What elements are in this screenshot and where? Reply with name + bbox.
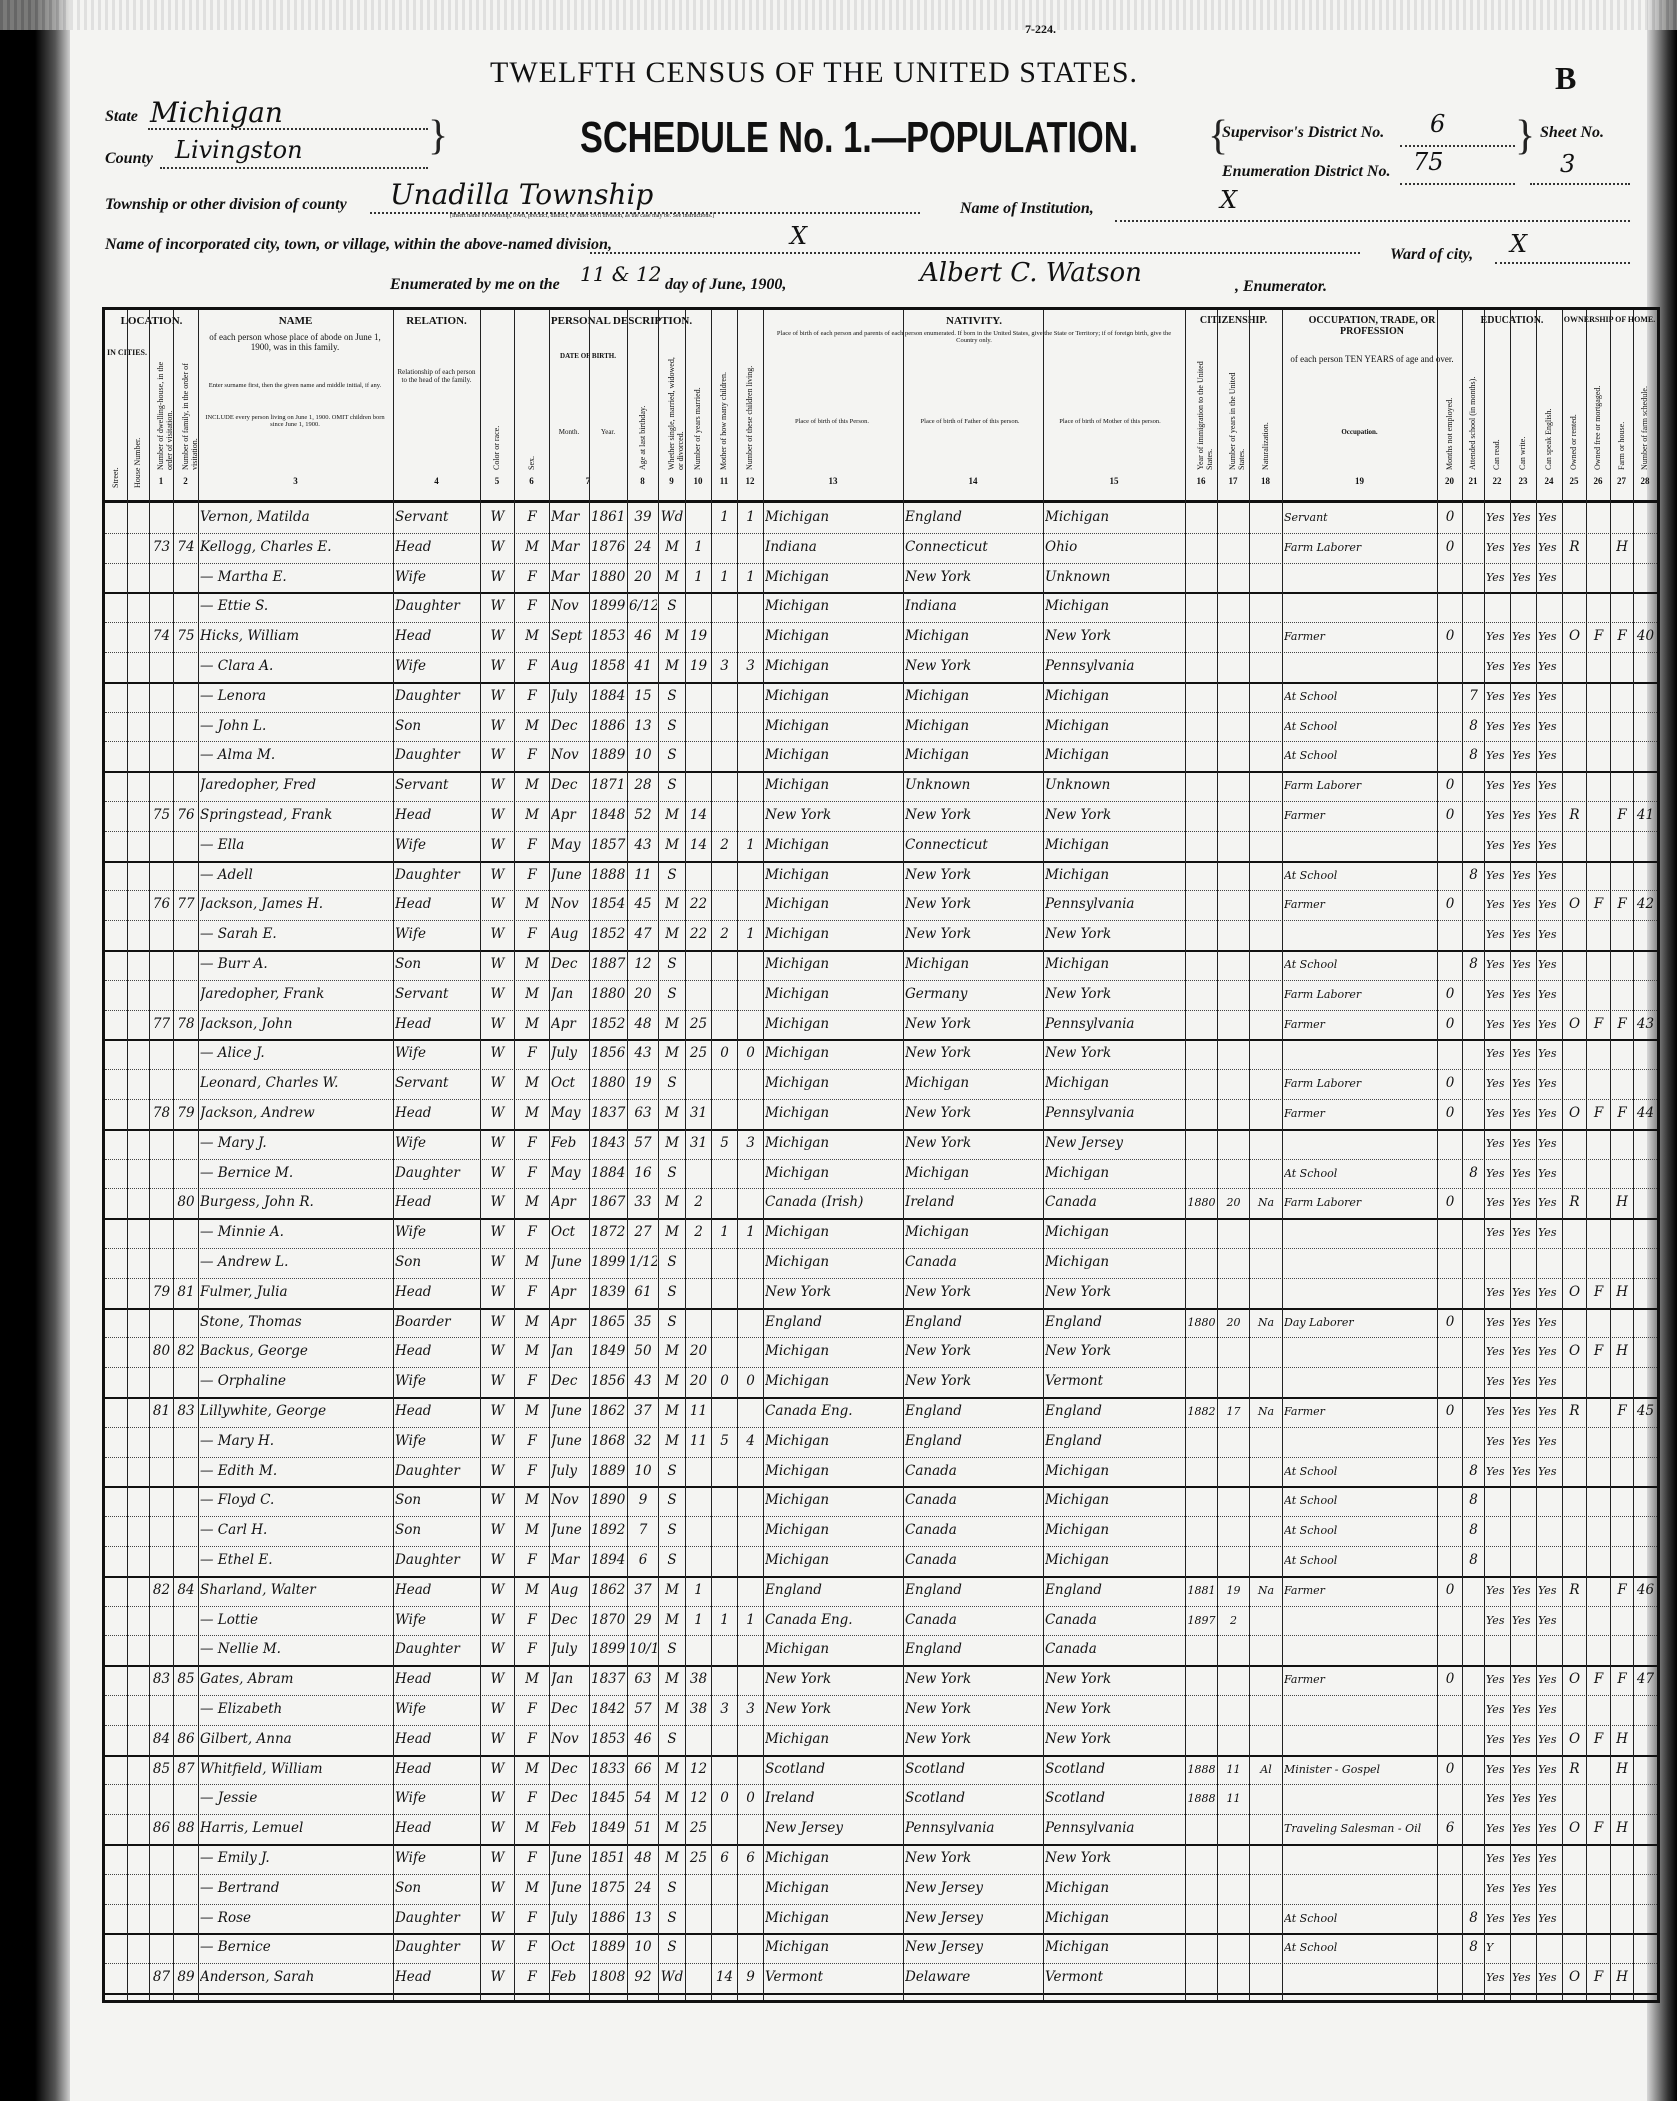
cell-ym: 1 bbox=[687, 1576, 710, 1606]
cell-free bbox=[1588, 741, 1609, 771]
cell-rel: Head bbox=[395, 1814, 479, 1844]
cell-ch: 3 bbox=[739, 1695, 762, 1725]
cell-sex: M bbox=[516, 771, 548, 801]
enumerated-days: 11 & 12 bbox=[580, 262, 661, 286]
cell-read: Yes bbox=[1486, 503, 1509, 533]
cell-mpob: Vermont bbox=[1045, 1367, 1184, 1397]
cell-farm: H bbox=[1612, 1278, 1632, 1308]
cell-month: July bbox=[551, 1039, 588, 1069]
cell-year: 1854 bbox=[591, 890, 626, 920]
cell-rel: Wife bbox=[395, 563, 479, 593]
cell-unemp bbox=[1439, 1039, 1461, 1069]
cell-fam: 83 bbox=[175, 1397, 197, 1427]
cell-imm: 1888 bbox=[1187, 1784, 1216, 1814]
cell-sex: M bbox=[516, 980, 548, 1010]
cell-write: Yes bbox=[1512, 861, 1535, 891]
column-divider bbox=[1510, 310, 1511, 2000]
cell-rel: Wife bbox=[395, 1218, 479, 1248]
cell-free bbox=[1588, 801, 1609, 831]
cell-unemp bbox=[1439, 1248, 1461, 1278]
cell-sch bbox=[1464, 801, 1483, 831]
cell-dw bbox=[151, 1784, 172, 1814]
cell-month: Jan bbox=[551, 980, 588, 1010]
cell-free bbox=[1588, 712, 1609, 742]
cell-mar: S bbox=[660, 1069, 684, 1099]
cell-name: Whitfield, William bbox=[200, 1755, 392, 1785]
cell-own: O bbox=[1564, 1337, 1585, 1367]
cell-own: O bbox=[1564, 1278, 1585, 1308]
cell-color: W bbox=[482, 1010, 513, 1040]
column-divider bbox=[1562, 310, 1563, 2000]
cell-sch bbox=[1464, 592, 1483, 622]
cell-sex: F bbox=[516, 1546, 548, 1576]
cell-ym: 22 bbox=[687, 920, 710, 950]
cell-sch bbox=[1464, 1337, 1483, 1367]
cell-ch: 0 bbox=[739, 1367, 762, 1397]
cell-mo bbox=[713, 1248, 736, 1278]
cell-nat bbox=[1251, 1814, 1281, 1844]
table-row: 8284Sharland, WalterHeadWMAug186237M1Eng… bbox=[105, 1576, 1657, 1607]
cell-mpob: Michigan bbox=[1045, 1933, 1184, 1963]
cell-mar: M bbox=[660, 1337, 684, 1367]
cell-occ: Minister - Gospel bbox=[1284, 1755, 1436, 1785]
cell-yus bbox=[1219, 1039, 1248, 1069]
cell-imm bbox=[1187, 622, 1216, 652]
cell-dw bbox=[151, 741, 172, 771]
cell-free bbox=[1588, 1546, 1609, 1576]
cell-rel: Wife bbox=[395, 1695, 479, 1725]
cell-month: Dec bbox=[551, 1695, 588, 1725]
cell-yus: 11 bbox=[1219, 1755, 1248, 1785]
cell-farm bbox=[1612, 652, 1632, 682]
cell-fpob: Michigan bbox=[905, 741, 1042, 771]
cell-imm bbox=[1187, 1099, 1216, 1129]
cell-yus bbox=[1219, 1248, 1248, 1278]
cell-write: Yes bbox=[1512, 1337, 1535, 1367]
cell-rel: Head bbox=[395, 622, 479, 652]
cell-free: F bbox=[1588, 1963, 1609, 1993]
cell-color: W bbox=[482, 1129, 513, 1159]
cell-farm: F bbox=[1612, 1665, 1632, 1695]
cell-ym: 38 bbox=[687, 1665, 710, 1695]
cell-year: 1884 bbox=[591, 682, 626, 712]
cell-ch bbox=[739, 682, 762, 712]
cell-occ: At School bbox=[1284, 1159, 1436, 1189]
cell-eng bbox=[1538, 1248, 1561, 1278]
cell-month: Mar bbox=[551, 563, 588, 593]
cell-name: Gates, Abram bbox=[200, 1665, 392, 1695]
cell-fsch bbox=[1635, 1308, 1656, 1338]
cell-unemp: 0 bbox=[1439, 1397, 1461, 1427]
cell-year: 1880 bbox=[591, 563, 626, 593]
cell-color: W bbox=[482, 801, 513, 831]
cell-sch bbox=[1464, 1278, 1483, 1308]
cell-name: Sharland, Walter bbox=[200, 1576, 392, 1606]
cell-occ: Farm Laborer bbox=[1284, 980, 1436, 1010]
cell-farm bbox=[1612, 592, 1632, 622]
cell-age: 43 bbox=[629, 831, 657, 861]
cell-fpob: Delaware bbox=[905, 1963, 1042, 1993]
column-divider bbox=[1586, 310, 1587, 2000]
cell-farm: H bbox=[1612, 1188, 1632, 1218]
cell-fsch bbox=[1635, 1129, 1656, 1159]
header-unemp: Months not employed. bbox=[1445, 350, 1454, 470]
cell-dw: 82 bbox=[151, 1576, 172, 1606]
cell-eng: Yes bbox=[1538, 950, 1561, 980]
cell-own bbox=[1564, 1427, 1585, 1457]
cell-name: Vernon, Matilda bbox=[200, 503, 392, 533]
cell-age: 16 bbox=[629, 1159, 657, 1189]
cell-age: 61 bbox=[629, 1278, 657, 1308]
cell-unemp bbox=[1439, 1635, 1461, 1665]
cell-own bbox=[1564, 1218, 1585, 1248]
cell-color: W bbox=[482, 1427, 513, 1457]
cell-pob: Michigan bbox=[765, 592, 902, 622]
cell-ch bbox=[739, 890, 762, 920]
cell-fam bbox=[175, 652, 197, 682]
cell-fam bbox=[175, 741, 197, 771]
cell-fam bbox=[175, 1308, 197, 1338]
cell-name: — Martha E. bbox=[200, 563, 392, 593]
cell-mpob: Unknown bbox=[1045, 771, 1184, 801]
cell-dw: 83 bbox=[151, 1665, 172, 1695]
cell-sch bbox=[1464, 563, 1483, 593]
cell-write: Yes bbox=[1512, 503, 1535, 533]
cell-unemp bbox=[1439, 1933, 1461, 1963]
cell-read bbox=[1486, 1635, 1509, 1665]
cell-mar: M bbox=[660, 1218, 684, 1248]
cell-ym bbox=[687, 1308, 710, 1338]
column-divider bbox=[1484, 310, 1485, 2000]
cell-sex: F bbox=[516, 1457, 548, 1487]
table-row: Stone, ThomasBoarderWMApr186535SEnglandE… bbox=[105, 1308, 1657, 1339]
cell-month: June bbox=[551, 1427, 588, 1457]
table-row: 8183Lillywhite, GeorgeHeadWMJune186237M1… bbox=[105, 1397, 1657, 1428]
cell-imm bbox=[1187, 1695, 1216, 1725]
cell-month: June bbox=[551, 1516, 588, 1546]
cell-mpob: Scotland bbox=[1045, 1784, 1184, 1814]
cell-fam: 78 bbox=[175, 1010, 197, 1040]
cell-color: W bbox=[482, 592, 513, 622]
cell-fpob: New York bbox=[905, 861, 1042, 891]
cell-name: Leonard, Charles W. bbox=[200, 1069, 392, 1099]
cell-mpob: Pennsylvania bbox=[1045, 1814, 1184, 1844]
cell-age: 13 bbox=[629, 1904, 657, 1934]
cell-fpob: New Jersey bbox=[905, 1874, 1042, 1904]
enumeration-district: 75 bbox=[1413, 148, 1444, 176]
cell-year: 1889 bbox=[591, 1457, 626, 1487]
cell-ch bbox=[739, 1546, 762, 1576]
cell-write: Yes bbox=[1512, 1129, 1535, 1159]
cell-rel: Head bbox=[395, 1278, 479, 1308]
cell-mo bbox=[713, 1397, 736, 1427]
cell-yus: 17 bbox=[1219, 1397, 1248, 1427]
cell-name: Harris, Lemuel bbox=[200, 1814, 392, 1844]
cell-free bbox=[1588, 1635, 1609, 1665]
cell-pob: Michigan bbox=[765, 1844, 902, 1874]
header-yus: Number of years in the United States. bbox=[1228, 350, 1246, 470]
cell-eng: Yes bbox=[1538, 1308, 1561, 1338]
cell-eng: Yes bbox=[1538, 1367, 1561, 1397]
cell-sex: M bbox=[516, 1665, 548, 1695]
cell-ch bbox=[739, 1486, 762, 1516]
cell-farm bbox=[1612, 1367, 1632, 1397]
cell-unemp bbox=[1439, 861, 1461, 891]
cell-ch bbox=[739, 1099, 762, 1129]
cell-read: Yes bbox=[1486, 1725, 1509, 1755]
cell-free bbox=[1588, 1606, 1609, 1636]
header-color: Color or race. bbox=[492, 350, 501, 470]
cell-name: — Ethel E. bbox=[200, 1546, 392, 1576]
cell-nat bbox=[1251, 950, 1281, 980]
cell-year: 1862 bbox=[591, 1397, 626, 1427]
cell-occ bbox=[1284, 1218, 1436, 1248]
cell-sch: 8 bbox=[1464, 1159, 1483, 1189]
cell-unemp bbox=[1439, 1486, 1461, 1516]
cell-sch: 8 bbox=[1464, 712, 1483, 742]
cell-ch bbox=[739, 1069, 762, 1099]
cell-pob: Ireland bbox=[765, 1784, 902, 1814]
cell-unemp bbox=[1439, 1784, 1461, 1814]
cell-fsch bbox=[1635, 1367, 1656, 1397]
cell-mo bbox=[713, 771, 736, 801]
cell-read: Yes bbox=[1486, 1397, 1509, 1427]
cell-fpob: Ireland bbox=[905, 1188, 1042, 1218]
supervisor-district: 6 bbox=[1430, 110, 1445, 138]
cell-year: 1889 bbox=[591, 1933, 626, 1963]
cell-mar: S bbox=[660, 1248, 684, 1278]
cell-sch bbox=[1464, 1695, 1483, 1725]
cell-mpob: England bbox=[1045, 1397, 1184, 1427]
cell-ym: 20 bbox=[687, 1337, 710, 1367]
cell-unemp: 0 bbox=[1439, 503, 1461, 533]
cell-name: — Sarah E. bbox=[200, 920, 392, 950]
cell-month: Apr bbox=[551, 1278, 588, 1308]
cell-rel: Wife bbox=[395, 652, 479, 682]
state-value: Michigan bbox=[150, 96, 283, 129]
cell-write: Yes bbox=[1512, 1010, 1535, 1040]
cell-fpob: England bbox=[905, 1635, 1042, 1665]
cell-read: Yes bbox=[1486, 1874, 1509, 1904]
cell-dw bbox=[151, 980, 172, 1010]
cell-fam bbox=[175, 592, 197, 622]
ward-value: X bbox=[1510, 230, 1527, 258]
cell-year: 1852 bbox=[591, 1010, 626, 1040]
enumerator-name: Albert C. Watson bbox=[920, 258, 1142, 288]
cell-yus bbox=[1219, 771, 1248, 801]
state-line bbox=[148, 128, 428, 130]
cell-unemp: 0 bbox=[1439, 622, 1461, 652]
relation-desc: Relationship of each person to the head … bbox=[395, 368, 478, 384]
cell-farm bbox=[1612, 771, 1632, 801]
cell-read: Yes bbox=[1486, 1308, 1509, 1338]
cell-year: 1888 bbox=[591, 861, 626, 891]
scan-border-left bbox=[0, 0, 70, 2101]
cell-pob: Michigan bbox=[765, 1039, 902, 1069]
cell-own: O bbox=[1564, 890, 1585, 920]
cell-write: Yes bbox=[1512, 712, 1535, 742]
cell-eng: Yes bbox=[1538, 563, 1561, 593]
cell-imm bbox=[1187, 1039, 1216, 1069]
cell-nat bbox=[1251, 1486, 1281, 1516]
cell-color: W bbox=[482, 563, 513, 593]
header-mar: Whether single, married, widowed, or div… bbox=[667, 350, 685, 470]
cell-eng: Yes bbox=[1538, 1129, 1561, 1159]
cell-fpob: Unknown bbox=[905, 771, 1042, 801]
table-row: 8486Gilbert, AnnaHeadWFNov185346SMichiga… bbox=[105, 1725, 1657, 1757]
cell-pob: Canada Eng. bbox=[765, 1606, 902, 1636]
county-value: Livingston bbox=[175, 136, 303, 164]
enumerated-suffix: day of June, 1900, bbox=[665, 276, 786, 294]
cell-sex: M bbox=[516, 1337, 548, 1367]
cell-nat bbox=[1251, 1337, 1281, 1367]
cell-name: — John L. bbox=[200, 712, 392, 742]
cell-farm: F bbox=[1612, 1397, 1632, 1427]
cell-fsch bbox=[1635, 1278, 1656, 1308]
cell-fam bbox=[175, 1069, 197, 1099]
cell-unemp bbox=[1439, 1129, 1461, 1159]
cell-ch bbox=[739, 1308, 762, 1338]
cell-month: July bbox=[551, 682, 588, 712]
cell-age: 6/12 bbox=[629, 592, 657, 622]
table-row: — Bernice M.DaughterWFMay188416SMichigan… bbox=[105, 1159, 1657, 1190]
cell-fsch bbox=[1635, 1248, 1656, 1278]
cell-sex: F bbox=[516, 1904, 548, 1934]
cell-ym: 12 bbox=[687, 1784, 710, 1814]
cell-eng: Yes bbox=[1538, 503, 1561, 533]
cell-ch bbox=[739, 592, 762, 622]
cell-fsch bbox=[1635, 1546, 1656, 1576]
cell-color: W bbox=[482, 771, 513, 801]
cell-sch bbox=[1464, 622, 1483, 652]
cell-farm: H bbox=[1612, 1755, 1632, 1785]
cell-month: Aug bbox=[551, 652, 588, 682]
cell-free: F bbox=[1588, 1010, 1609, 1040]
cell-pob: Michigan bbox=[765, 1933, 902, 1963]
cell-occ: At School bbox=[1284, 1904, 1436, 1934]
cell-ym bbox=[687, 1516, 710, 1546]
cell-eng bbox=[1538, 592, 1561, 622]
cell-own bbox=[1564, 1457, 1585, 1487]
cell-ym bbox=[687, 1457, 710, 1487]
cell-mar: M bbox=[660, 1665, 684, 1695]
cell-own bbox=[1564, 563, 1585, 593]
cell-name: — Minnie A. bbox=[200, 1218, 392, 1248]
cell-mar: S bbox=[660, 950, 684, 980]
cell-own bbox=[1564, 771, 1585, 801]
cell-imm bbox=[1187, 801, 1216, 831]
cell-year: 1849 bbox=[591, 1337, 626, 1367]
column-divider bbox=[1610, 310, 1611, 2000]
cell-age: 20 bbox=[629, 980, 657, 1010]
cell-age: 10/12 bbox=[629, 1635, 657, 1665]
cell-occ bbox=[1284, 1039, 1436, 1069]
cell-own: O bbox=[1564, 622, 1585, 652]
cell-unemp bbox=[1439, 1725, 1461, 1755]
cell-month: Apr bbox=[551, 1308, 588, 1338]
cell-rel: Daughter bbox=[395, 1904, 479, 1934]
cell-mar: S bbox=[660, 1933, 684, 1963]
cell-dw bbox=[151, 682, 172, 712]
cell-yus bbox=[1219, 741, 1248, 771]
cell-unemp: 0 bbox=[1439, 890, 1461, 920]
cell-name: Jaredopher, Fred bbox=[200, 771, 392, 801]
cell-yus bbox=[1219, 1516, 1248, 1546]
cell-write: Yes bbox=[1512, 1159, 1535, 1189]
cell-imm: 1882 bbox=[1187, 1397, 1216, 1427]
cell-read: Yes bbox=[1486, 1427, 1509, 1457]
cell-free bbox=[1588, 1457, 1609, 1487]
cell-own bbox=[1564, 1069, 1585, 1099]
cell-unemp: 0 bbox=[1439, 1010, 1461, 1040]
cell-mo bbox=[713, 1546, 736, 1576]
cell-month: Apr bbox=[551, 1188, 588, 1218]
cell-color: W bbox=[482, 1904, 513, 1934]
cell-farm bbox=[1612, 1486, 1632, 1516]
cell-fsch bbox=[1635, 1457, 1656, 1487]
cell-fsch bbox=[1635, 1159, 1656, 1189]
cell-mo bbox=[713, 1516, 736, 1546]
cell-nat: Na bbox=[1251, 1188, 1281, 1218]
header-age: Age at last birthday. bbox=[638, 350, 647, 470]
cell-imm bbox=[1187, 1010, 1216, 1040]
cell-sch bbox=[1464, 1844, 1483, 1874]
cell-sch bbox=[1464, 1665, 1483, 1695]
cell-rel: Head bbox=[395, 1099, 479, 1129]
cell-pob: Michigan bbox=[765, 682, 902, 712]
column-number: 24 bbox=[1536, 476, 1562, 486]
column-divider bbox=[393, 310, 394, 2000]
cell-fpob: New York bbox=[905, 1039, 1042, 1069]
cell-mo bbox=[713, 1904, 736, 1934]
header-ch: Number of these children living. bbox=[745, 350, 754, 470]
cell-mpob: England bbox=[1045, 1576, 1184, 1606]
cell-fpob: New York bbox=[905, 1665, 1042, 1695]
cell-year: 1867 bbox=[591, 1188, 626, 1218]
group-relation: RELATION. bbox=[393, 315, 480, 327]
cell-yus bbox=[1219, 1904, 1248, 1934]
cell-own: O bbox=[1564, 1665, 1585, 1695]
cell-eng: Yes bbox=[1538, 1725, 1561, 1755]
cell-mo bbox=[713, 1099, 736, 1129]
cell-unemp bbox=[1439, 563, 1461, 593]
cell-year: 1837 bbox=[591, 1665, 626, 1695]
cell-free: F bbox=[1588, 890, 1609, 920]
cell-mpob: Pennsylvania bbox=[1045, 890, 1184, 920]
cell-nat bbox=[1251, 861, 1281, 891]
township-note: [Insert name of township, town, precinct… bbox=[450, 213, 714, 219]
cell-name: — Ettie S. bbox=[200, 592, 392, 622]
cell-mpob: New York bbox=[1045, 1844, 1184, 1874]
cell-mpob: Pennsylvania bbox=[1045, 1099, 1184, 1129]
cell-fsch bbox=[1635, 1635, 1656, 1665]
cell-write: Yes bbox=[1512, 1367, 1535, 1397]
cell-color: W bbox=[482, 1695, 513, 1725]
cell-sex: F bbox=[516, 1933, 548, 1963]
cell-pob: Michigan bbox=[765, 890, 902, 920]
cell-pob: Michigan bbox=[765, 861, 902, 891]
cell-read: Yes bbox=[1486, 861, 1509, 891]
cell-sch bbox=[1464, 1069, 1483, 1099]
state-label: State bbox=[105, 108, 138, 126]
cell-own bbox=[1564, 712, 1585, 742]
table-row: — Nellie M.DaughterWFJuly189910/12SMichi… bbox=[105, 1635, 1657, 1667]
sheet-letter: B bbox=[1555, 60, 1576, 97]
cell-year: 1875 bbox=[591, 1874, 626, 1904]
cell-mo: 3 bbox=[713, 652, 736, 682]
cell-free bbox=[1588, 652, 1609, 682]
cell-yus bbox=[1219, 622, 1248, 652]
